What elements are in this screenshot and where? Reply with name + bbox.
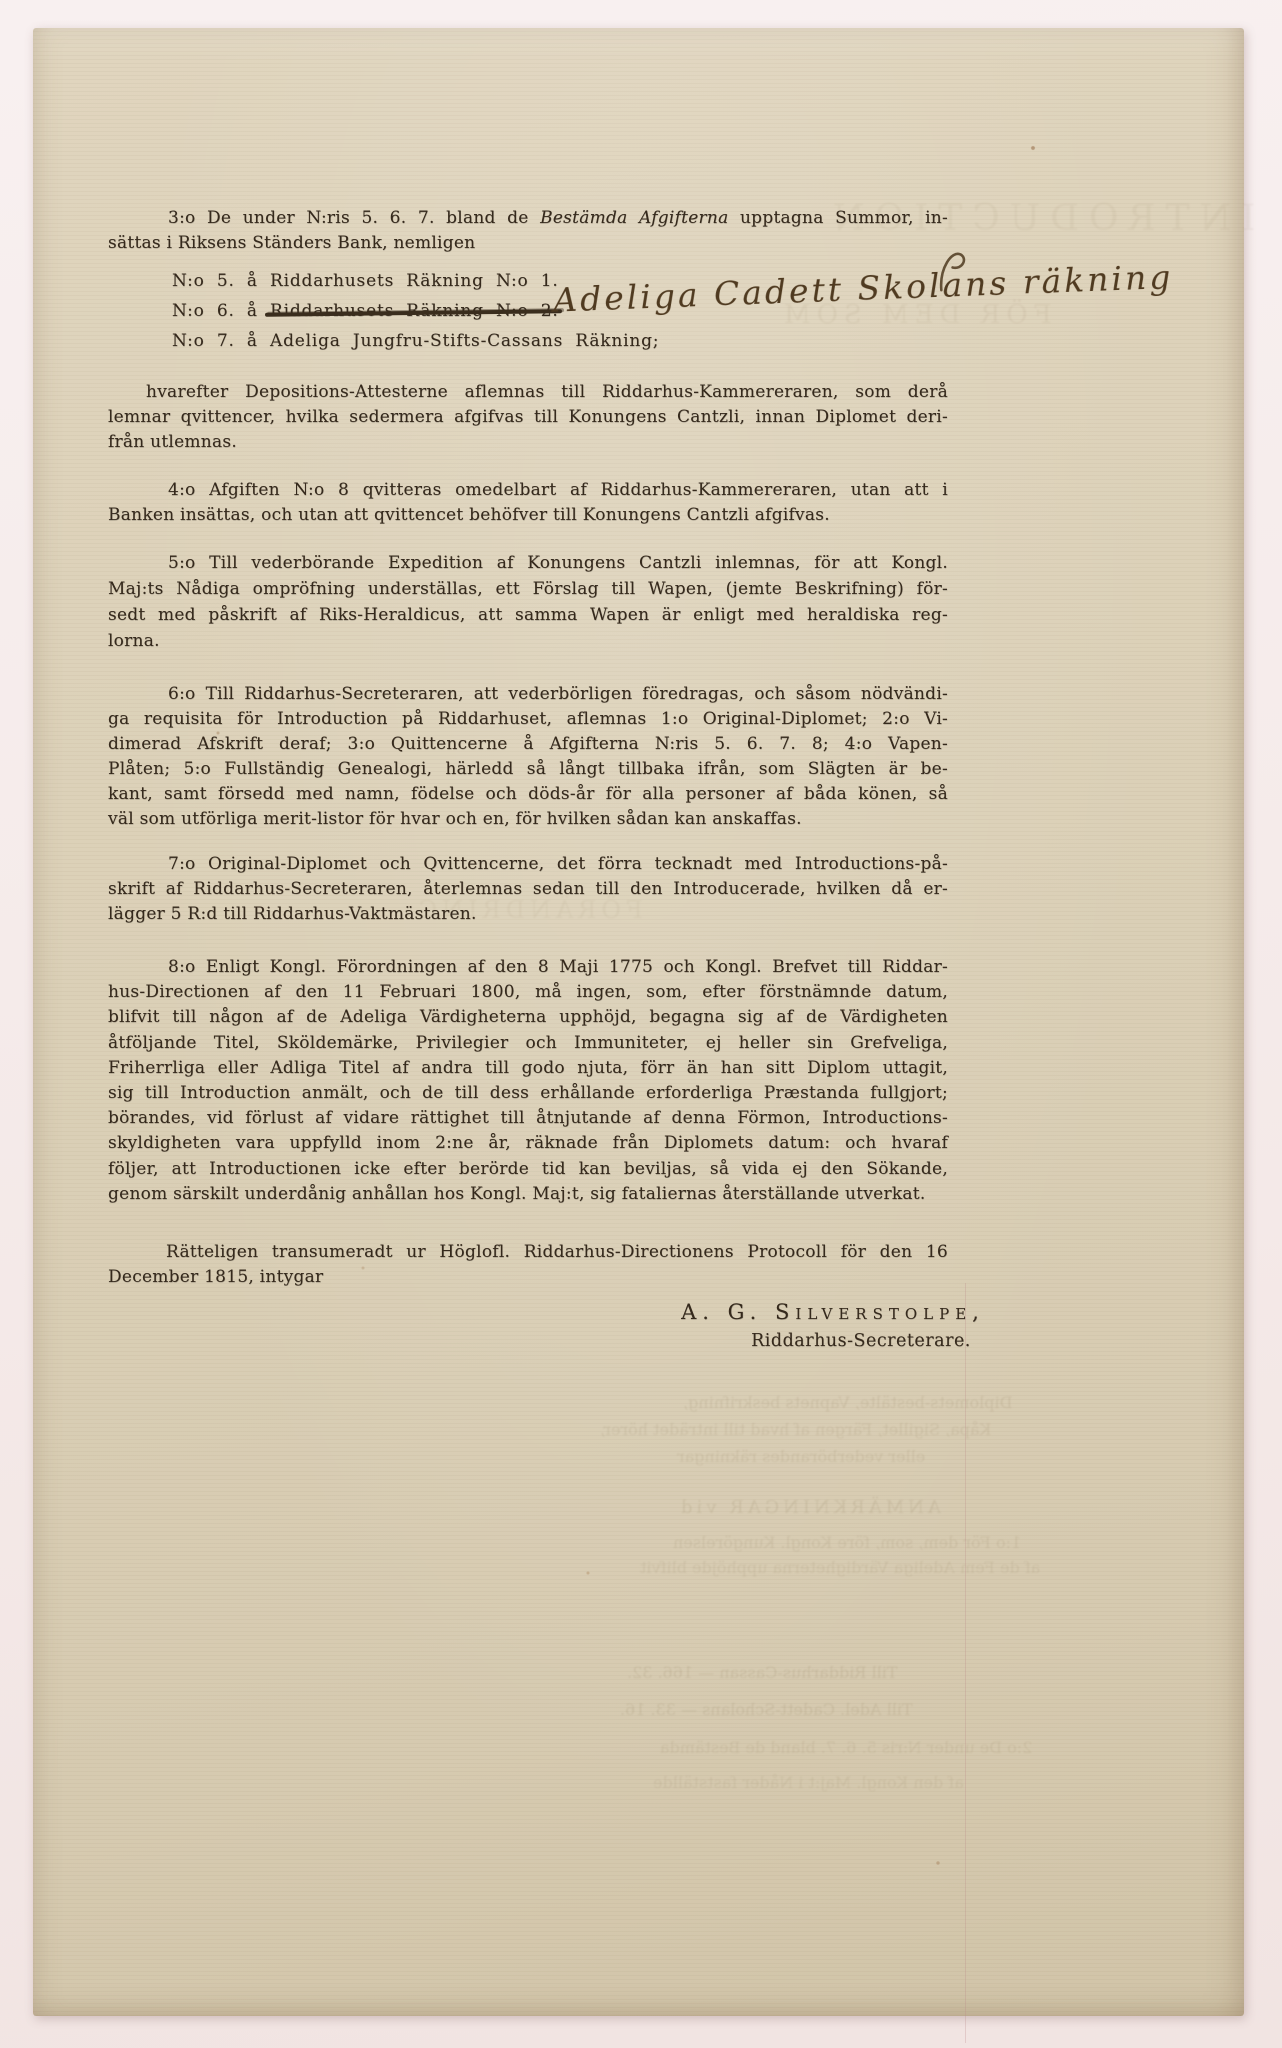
bleedthrough-text: Kåpa, Sigillet, Färgen af hvad till intr… bbox=[600, 1420, 991, 1439]
text-line: Maj:ts Nådiga ompröfning underställas, e… bbox=[108, 576, 948, 602]
text-line: kant, samt försedd med namn, födelse och… bbox=[108, 782, 948, 807]
text-line: blifvit till någon af de Adeliga Värdigh… bbox=[108, 1005, 948, 1030]
text-line: genom särskilt underdånig anhållan hos K… bbox=[108, 1182, 948, 1207]
paragraph-6o: 6:o Till Riddarhus-Secreteraren, att ved… bbox=[108, 682, 948, 832]
bleedthrough-text: af den Kongl. Maj:t i Nåder fastställde bbox=[653, 1773, 964, 1792]
document-page: INTRODUCTIONFÖR DEM SOMFÖRÄNDRINGDiplome… bbox=[33, 28, 1244, 2016]
text-line: 4:o Afgiften N:o 8 qvitteras omedelbart … bbox=[108, 478, 948, 503]
struck-text: Riddarhusets Räkning N:o 2. bbox=[270, 301, 559, 321]
bleedthrough-text: Diplomets-bestälte, Vapnets beskrifning, bbox=[683, 1393, 1012, 1412]
text-line: skrift af Riddarhus-Secreteraren, återle… bbox=[108, 877, 948, 902]
paragraph-8o: 8:o Enligt Kongl. Förordningen af den 8 … bbox=[108, 955, 948, 1207]
text-line: December 1815, intygar bbox=[108, 1265, 948, 1290]
bleedthrough-text: 2:o De under N:ris 5. 6. 7. bland de Bes… bbox=[660, 1738, 1032, 1757]
paragraph-text: 3:o De under N:ris 5. 6. 7. bland de bbox=[168, 208, 540, 228]
text-line: väl som utförliga merit-listor för hvar … bbox=[108, 807, 948, 832]
paragraph-text-italic: Bestämda Afgifterna bbox=[540, 208, 728, 228]
photo-background: INTRODUCTIONFÖR DEM SOMFÖRÄNDRINGDiplome… bbox=[0, 0, 1282, 2048]
text-line: Banken insättas, och utan att qvittencet… bbox=[108, 503, 948, 528]
bleedthrough-text: Till Riddarhus-Cassan — 166. 32. bbox=[627, 1663, 898, 1682]
text-line: Friherrliga eller Adliga Titel af andra … bbox=[108, 1056, 948, 1081]
signature-block: A. G. Silverstolpe, Riddarhus-Secreterar… bbox=[553, 1300, 1113, 1351]
text-line: 6:o Till Riddarhus-Secreteraren, att ved… bbox=[108, 682, 948, 707]
list-item-no7: N:o 7. å Adeliga Jungfru-Stifts-Cassans … bbox=[108, 326, 948, 356]
signature-title: Riddarhus-Secreterare. bbox=[581, 1331, 1141, 1351]
text-line: Rätteligen transumeradt ur Höglofl. Ridd… bbox=[108, 1240, 948, 1265]
text-line: skyldigheten vara uppfylld inom 2:ne år,… bbox=[108, 1131, 948, 1156]
text-line: ga requisita för Introduction på Riddarh… bbox=[108, 707, 948, 732]
paragraph-text: upptagna Summor, in- bbox=[728, 208, 948, 228]
text-line: 7:o Original-Diplomet och Qvittencerne, … bbox=[108, 852, 948, 877]
text-line: 3:o De under N:ris 5. 6. 7. bland de Bes… bbox=[108, 206, 948, 231]
bleedthrough-text: eller vederbörandes räkningar bbox=[677, 1447, 925, 1466]
paragraph-7o: 7:o Original-Diplomet och Qvittencerne, … bbox=[108, 852, 948, 927]
closing-attestation: Rätteligen transumeradt ur Höglofl. Ridd… bbox=[108, 1240, 948, 1290]
bleedthrough-text: 1:o För dem, som, före Kongl. Kungörelse… bbox=[673, 1533, 1021, 1552]
list-item-text: N:o 6. å bbox=[172, 301, 270, 321]
signature-name: A. G. Silverstolpe, bbox=[553, 1300, 1113, 1324]
text-line: sättas i Riksens Ständers Bank, nemligen bbox=[108, 231, 948, 256]
text-line: 5:o Till vederbörande Expedition af Konu… bbox=[108, 550, 948, 576]
text-line: lemnar qvittencer, hvilka sedermera afgi… bbox=[108, 405, 948, 430]
text-line: följer, att Introductionen icke efter be… bbox=[108, 1157, 948, 1182]
bleedthrough-text: Till Adel. Cadett-Scholans — 33. 16. bbox=[620, 1700, 913, 1719]
text-line: 8:o Enligt Kongl. Förordningen af den 8 … bbox=[108, 955, 948, 980]
text-line: dimerad Afskrift deraf; 3:o Quittencerne… bbox=[108, 732, 948, 757]
text-line: lägger 5 R:d till Riddarhus-Vaktmästaren… bbox=[108, 902, 948, 927]
text-line: sig till Introduction anmält, och de til… bbox=[108, 1081, 948, 1106]
text-line: sedt med påskrift af Riks-Heraldicus, at… bbox=[108, 602, 948, 628]
text-line: börandes, vid förlust af vidare rättighe… bbox=[108, 1106, 948, 1131]
insertion-mark bbox=[935, 246, 977, 299]
paragraph-4o: 4:o Afgiften N:o 8 qvitteras omedelbart … bbox=[108, 478, 948, 528]
paragraph-3o: 3:o De under N:ris 5. 6. 7. bland de Bes… bbox=[108, 206, 948, 256]
bleedthrough-text: af de Fem Adeliga Värdigheterna upphöjde… bbox=[640, 1558, 1040, 1577]
text-line: hus-Directionen af den 11 Februari 1800,… bbox=[108, 980, 948, 1005]
text-line: hvarefter Depositions-Attesterne aflemna… bbox=[108, 380, 948, 405]
text-line: åtföljande Titel, Sköldemärke, Privilegi… bbox=[108, 1031, 948, 1056]
text-line: Plåten; 5:o Fullständig Genealogi, härle… bbox=[108, 757, 948, 782]
bleedthrough-text: ANMÄRKNINGAR vid bbox=[677, 1497, 941, 1518]
text-line: från utlemnas. bbox=[108, 430, 948, 455]
text-line: lorna. bbox=[108, 628, 948, 654]
paragraph-hvarefter: hvarefter Depositions-Attesterne aflemna… bbox=[108, 380, 948, 455]
fold-line bbox=[965, 1283, 966, 2043]
paragraph-5o: 5:o Till vederbörande Expedition af Konu… bbox=[108, 550, 948, 654]
